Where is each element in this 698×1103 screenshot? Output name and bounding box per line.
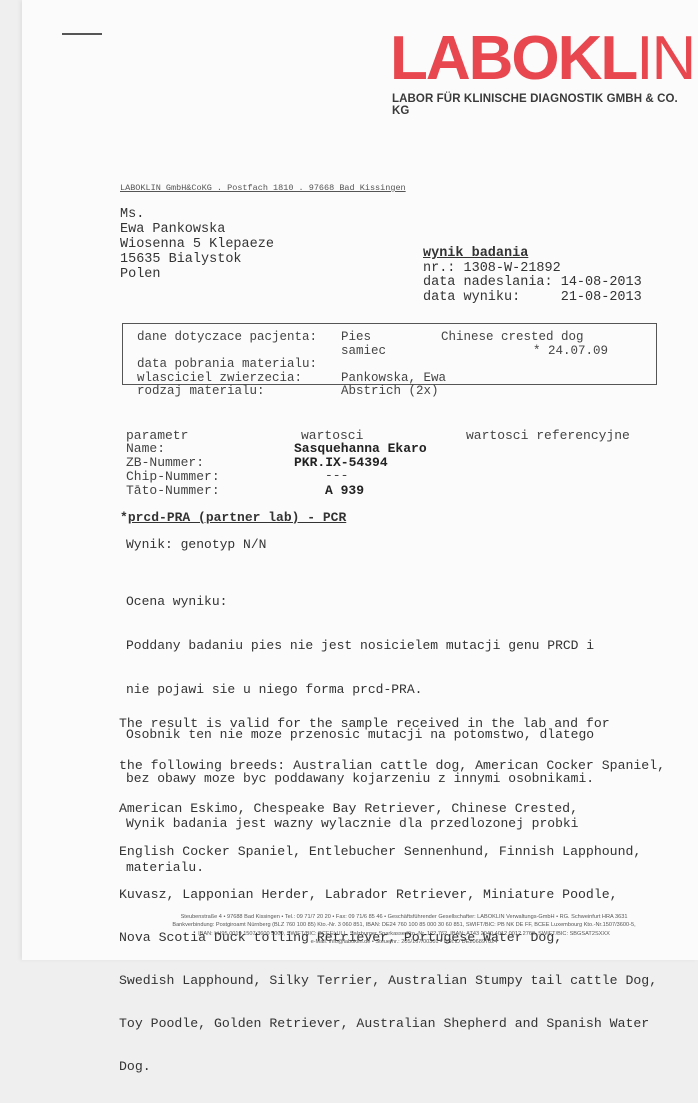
recipient-address: Ms. Ewa Pankowska Wiosenna 5 Klepaeze 15… bbox=[120, 207, 274, 282]
footer-line: Steubenstraße 4 • 97688 Bad Kissingen • … bbox=[114, 913, 694, 921]
validity-line: Kuvasz, Lapponian Herder, Labrador Retri… bbox=[119, 888, 665, 902]
logo-bold-text: LABOKL bbox=[390, 24, 636, 93]
recipient-country: Polen bbox=[120, 267, 274, 282]
param-label: Tāto-Nummer: bbox=[126, 483, 220, 498]
recipient-street: Wiosenna 5 Klepaeze bbox=[120, 237, 274, 252]
param-label: Name: bbox=[126, 441, 165, 456]
patient-sex: samiec bbox=[341, 344, 386, 358]
patient-info-box: dane dotyczace pacjenta: Pies Chinese cr… bbox=[122, 323, 657, 385]
recipient-city: 15635 Bialystok bbox=[120, 252, 274, 267]
result-header: wynik badania nr.: 1308-W-21892 data nad… bbox=[423, 247, 642, 305]
patient-breed: Chinese crested dog bbox=[441, 330, 584, 344]
assessment-line: Poddany badaniu pies nie jest nosicielem… bbox=[126, 639, 594, 654]
label-owner: wlasciciel zwierzecia: bbox=[137, 371, 302, 385]
logo-subtitle: LABOR FÜR KLINISCHE DIAGNOSTIK GMBH & CO… bbox=[392, 93, 698, 117]
header-reference: wartosci referencyjne bbox=[466, 428, 630, 443]
footer-line: Bankverbindung: Postgiroamt Nürnberg (BL… bbox=[114, 921, 694, 929]
label-patient: dane dotyczace pacjenta: bbox=[137, 330, 317, 344]
patient-species: Pies bbox=[341, 330, 371, 344]
test-star: * bbox=[120, 510, 128, 525]
logo-thin-text: IN bbox=[636, 24, 694, 93]
param-label: ZB-Nummer: bbox=[126, 455, 204, 470]
recipient-name: Ewa Pankowska bbox=[120, 222, 274, 237]
document-page: LABOKLIN LABOR FÜR KLINISCHE DIAGNOSTIK … bbox=[22, 0, 698, 960]
param-value: A 939 bbox=[325, 483, 364, 498]
validity-line: English Cocker Spaniel, Entlebucher Senn… bbox=[119, 845, 665, 859]
sender-line: LABOKLIN GmbH&CoKG . Postfach 1810 . 976… bbox=[120, 183, 406, 193]
footer-line: e-Mail: info@laboklin.de • Steuernr.: 20… bbox=[114, 938, 694, 946]
footer-line: IBAN: LU95 0019 1507 3600 5000, SWIFT/BI… bbox=[114, 930, 694, 938]
result-title: wynik badania bbox=[423, 247, 642, 262]
date-sent: data nadeslania: 14-08-2013 bbox=[423, 276, 642, 291]
punch-mark bbox=[62, 33, 102, 35]
validity-line: American Eskimo, Chespeake Bay Retriever… bbox=[119, 802, 665, 816]
label-material: rodzaj materialu: bbox=[137, 384, 265, 398]
assessment-label: Ocena wyniku: bbox=[126, 595, 594, 610]
result-number: nr.: 1308-W-21892 bbox=[423, 262, 642, 277]
validity-line: the following breeds: Australian cattle … bbox=[119, 759, 665, 773]
recipient-salutation: Ms. bbox=[120, 207, 274, 222]
test-title: *prcd-PRA (partner lab) - PCR bbox=[120, 510, 346, 525]
param-value: --- bbox=[325, 468, 348, 483]
param-label: Chip-Nummer: bbox=[126, 469, 220, 484]
test-result: Wynik: genotyp N/N bbox=[126, 538, 266, 553]
patient-material: Abstrich (2x) bbox=[341, 384, 439, 398]
letterhead-footer: Steubenstraße 4 • 97688 Bad Kissingen • … bbox=[114, 913, 694, 946]
param-value: Sasquehanna Ekaro bbox=[294, 441, 427, 456]
date-result: data wyniku: 21-08-2013 bbox=[423, 291, 642, 306]
patient-owner: Pankowska, Ewa bbox=[341, 371, 446, 385]
laboklin-logo: LABOKLIN bbox=[390, 28, 694, 90]
patient-birthdate: * 24.07.09 bbox=[533, 344, 608, 358]
test-name: prcd-PRA (partner lab) - PCR bbox=[128, 510, 346, 525]
validity-line: The result is valid for the sample recei… bbox=[119, 717, 665, 731]
label-sample-date: data pobrania materialu: bbox=[137, 357, 317, 371]
